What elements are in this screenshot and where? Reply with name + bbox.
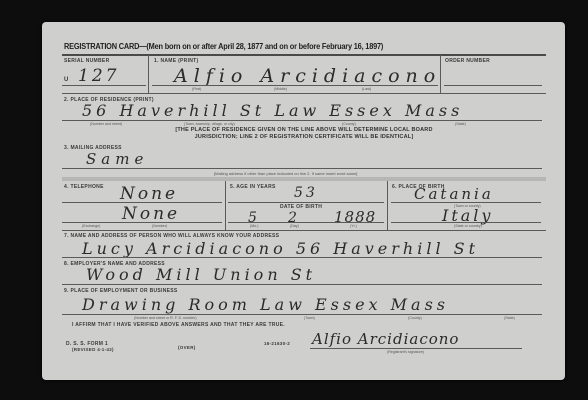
divider [440,55,441,93]
divider [387,181,388,230]
registrant-signature: Alfio Arcidiacono [312,330,459,348]
name-sublabel-middle: (Middle) [274,87,287,91]
divider [62,177,546,181]
telephone-label: 4. Telephone [64,184,104,190]
place-of-employment-label: 9. Place of Employment or Business [64,288,178,294]
residence-sublabel-street: (Number and street) [90,122,122,126]
signature-label: (Registrant's signature) [387,350,424,354]
affirmation-text: I AFFIRM THAT I HAVE VERIFIED ABOVE ANSW… [72,322,285,328]
residence-notice: [THE PLACE OF RESIDENCE GIVEN ON THE LIN… [62,127,546,141]
age-value: 53 [294,185,318,201]
signature-prefix: 16-21630-2 [264,341,290,346]
dob-sublabel-month: (Mo.) [250,224,258,228]
residence-value: 56 Haverhill St Law Essex Mass [82,101,463,120]
divider [62,93,546,94]
name-sublabel-first: (First) [192,87,201,91]
divider [62,230,546,231]
divider [310,348,522,349]
divider [62,222,222,223]
dob-sublabel-day: (Day) [290,224,299,228]
residence-notice-line1: [THE PLACE OF RESIDENCE GIVEN ON THE LIN… [62,127,546,134]
date-of-birth-label: Date of Birth [280,204,322,210]
serial-prefix: U [64,77,69,83]
divider [62,54,546,56]
name-sublabel-last: (Last) [362,87,371,91]
name-label: 1. Name (Print) [154,58,199,64]
mailing-address-note: [Mailing address if other than place ind… [214,171,357,176]
place-of-employment-value: Drawing Room Law Essex Mass [82,295,449,314]
order-number-label: ORDER NUMBER [445,58,490,64]
form-code: (over) [178,345,196,350]
divider [62,202,222,203]
divider [444,85,542,86]
employer-value: Wood Mill Union St [86,265,316,284]
telephone-sublabel-exchange: (Exchange) [82,224,100,228]
divider [148,55,149,93]
telephone-sublabel-number: (Number) [152,224,167,228]
divider [228,202,384,203]
mailing-address-value: Same [86,150,148,168]
divider [62,168,542,169]
birth-town-value: Catania [414,185,494,203]
serial-number-value: 127 [78,66,119,86]
birth-country-label: (State or country) [454,224,482,228]
contact-person-value: Lucy Arcidiacono 56 Haverhill St [82,239,479,258]
residence-sublabel-state: (State) [455,122,466,126]
employment-sublabel-county: (County) [408,316,422,320]
employment-sublabel-town: (Town) [304,316,315,320]
dob-sublabel-year: (Yr.) [350,224,357,228]
employment-sublabel-state: (State) [504,316,515,320]
divider [62,284,542,285]
divider [62,314,542,315]
divider [62,257,542,258]
form-revision: (Revised 4-1-42) [72,347,114,352]
divider [225,181,226,230]
residence-sublabel-town: (Town, township, village, or city) [184,122,235,126]
divider [62,120,542,121]
name-value: Alfio Arcidiacono [174,65,441,87]
telephone-value: None [120,184,178,204]
residence-sublabel-county: (County) [342,122,356,126]
telephone-exchange-value: None [122,204,180,224]
divider [62,85,146,86]
employment-sublabel-street: (Number and street or R. F. D. number) [134,316,197,320]
divider [228,222,384,223]
card-title: REGISTRATION CARD—(Men born on or after … [64,42,383,51]
residence-notice-line2: JURISDICTION; LINE 2 OF REGISTRATION CER… [62,134,546,141]
age-label: 5. Age in Years [230,184,276,190]
serial-number-label: SERIAL NUMBER [64,58,109,64]
registration-card: REGISTRATION CARD—(Men born on or after … [42,22,565,380]
divider [391,202,541,203]
divider [391,222,541,223]
divider [152,85,438,86]
